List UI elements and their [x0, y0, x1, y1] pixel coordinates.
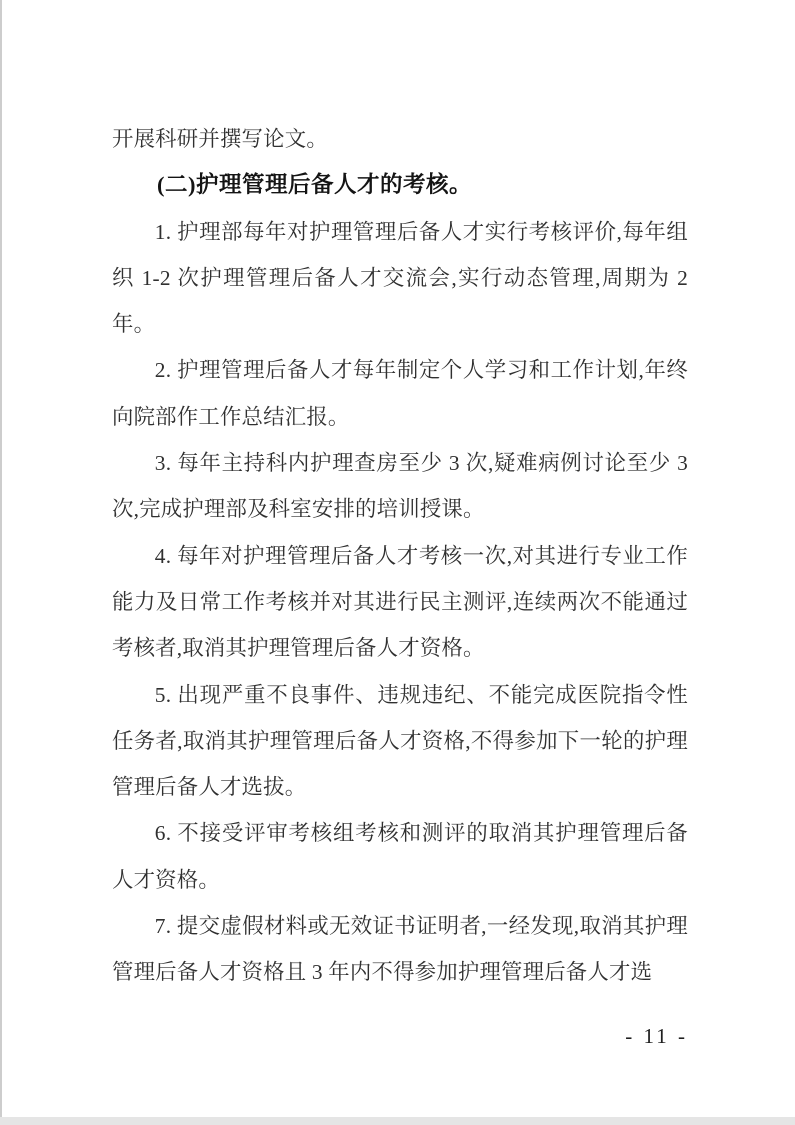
paragraph-item-2: 2. 护理管理后备人才每年制定个人学习和工作计划,年终向院部作工作总结汇报。: [112, 347, 688, 440]
paragraph-item-1: 1. 护理部每年对护理管理后备人才实行考核评价,每年组织 1-2 次护理管理后备…: [112, 209, 688, 348]
page-bottom-edge: [0, 1117, 795, 1125]
document-page: 开展科研并撰写论文。 (二)护理管理后备人才的考核。 1. 护理部每年对护理管理…: [0, 0, 795, 1125]
paragraph-item-7: 7. 提交虚假材料或无效证书证明者,一经发现,取消其护理管理后备人才资格且 3 …: [112, 903, 688, 996]
page-number: - 11 -: [625, 1022, 688, 1050]
continuation-paragraph: 开展科研并撰写论文。: [112, 116, 688, 162]
page-left-edge: [0, 0, 2, 1125]
paragraph-item-3: 3. 每年主持科内护理查房至少 3 次,疑难病例讨论至少 3 次,完成护理部及科…: [112, 440, 688, 533]
document-body: 开展科研并撰写论文。 (二)护理管理后备人才的考核。 1. 护理部每年对护理管理…: [112, 116, 688, 996]
section-heading: (二)护理管理后备人才的考核。: [112, 162, 688, 208]
paragraph-item-5: 5. 出现严重不良事件、违规违纪、不能完成医院指令性任务者,取消其护理管理后备人…: [112, 672, 688, 811]
paragraph-item-4: 4. 每年对护理管理后备人才考核一次,对其进行专业工作能力及日常工作考核并对其进…: [112, 533, 688, 672]
paragraph-item-6: 6. 不接受评审考核组考核和测评的取消其护理管理后备人才资格。: [112, 810, 688, 903]
